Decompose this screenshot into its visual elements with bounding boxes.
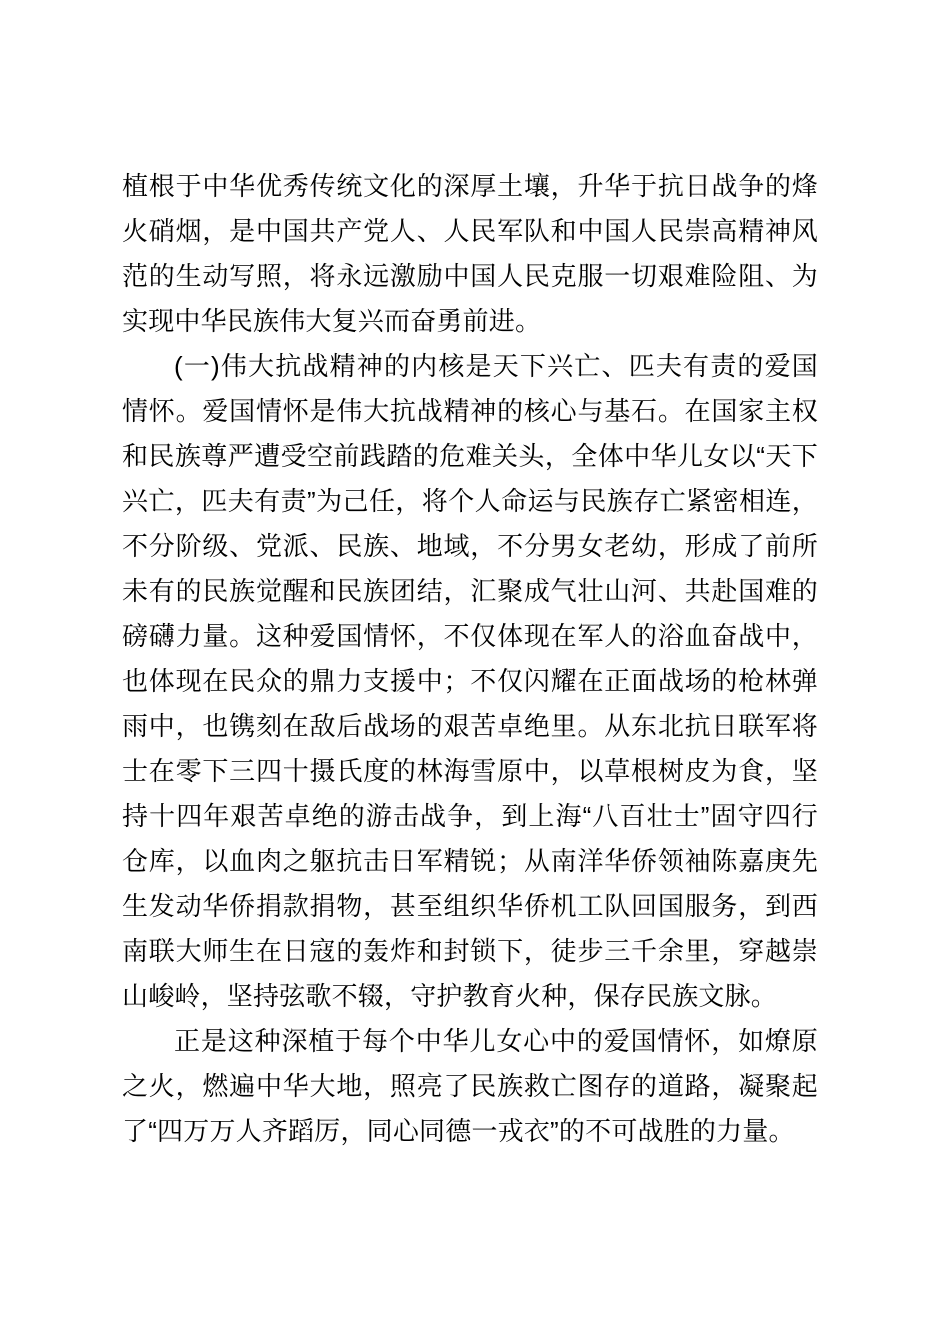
document-text-block: 植根于中华优秀传统文化的深厚土壤，升华于抗日战争的烽火硝烟，是中国共产党人、人民…	[122, 164, 818, 1154]
paragraph-3: 正是这种深植于每个中华儿女心中的爱国情怀，如燎原之火，燃遍中华大地，照亮了民族救…	[122, 1019, 818, 1154]
paragraph-2: (一)伟大抗战精神的内核是天下兴亡、匹夫有责的爱国情怀。爱国情怀是伟大抗战精神的…	[122, 344, 818, 1019]
document-page: 植根于中华优秀传统文化的深厚土壤，升华于抗日战争的烽火硝烟，是中国共产党人、人民…	[0, 0, 950, 1344]
paragraph-1: 植根于中华优秀传统文化的深厚土壤，升华于抗日战争的烽火硝烟，是中国共产党人、人民…	[122, 164, 818, 344]
